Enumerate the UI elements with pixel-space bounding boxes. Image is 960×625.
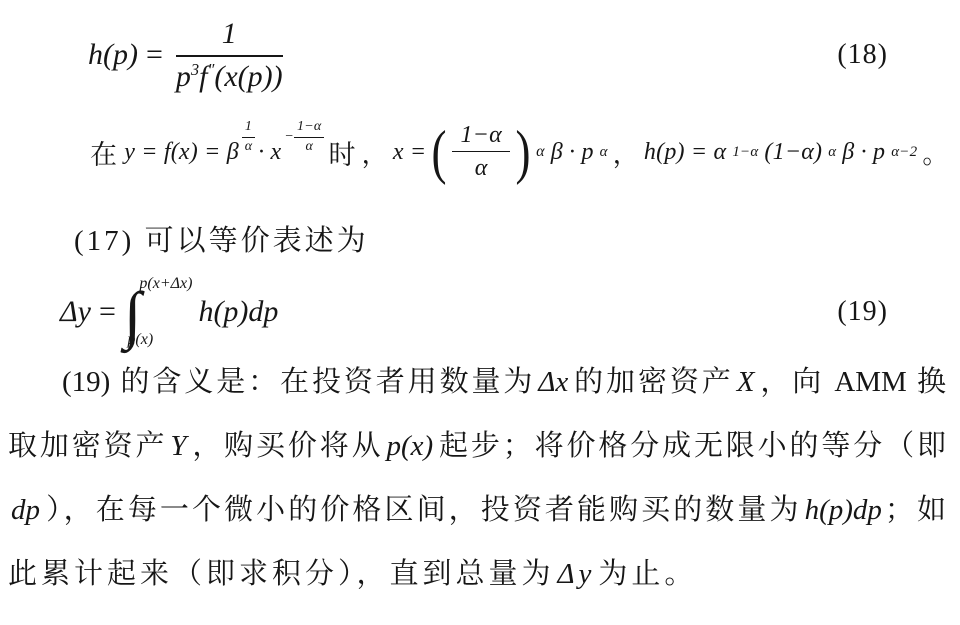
text-run: ，购买价将从 [189,430,383,462]
group-exponent: α [828,144,836,161]
den-argument: (x(p)) [214,60,282,93]
den-p: p [176,60,191,93]
text-run: 此累计起来（即求积分），直到总量为 [8,558,555,590]
text-run: ；如 [885,494,946,526]
document-page: h(p) = 1 p3f″(x(p)) (18) 在 y = f(x) = β … [0,0,960,625]
integral-upper-limit: p(x+Δx) [139,275,192,293]
equation-18: h(p) = 1 p3f″(x(p)) [88,17,288,94]
para-line-4: 此累计起来（即求积分），直到总量为Δy为止。 [8,542,946,606]
paren-exponent: α [536,143,545,161]
math-x-equals: x = [393,139,426,166]
fraction-denominator: p3f″(x(p)) [176,57,283,94]
fraction-numerator: 1−α [452,122,509,152]
math-delta-y: Δy [555,558,599,590]
para-line-3: dp），在每一个微小的价格区间，投资者能购买的数量为h(p)dp；如 [8,478,946,542]
math-h-p-dp: h(p)dp [802,494,885,526]
alpha-exponent: 1−α [732,144,758,161]
math-h-equals-alpha: h(p) = α [644,139,726,166]
integral: ∫ p(x+Δx) p(x) [124,275,199,349]
cjk-shi: 时 [328,133,355,172]
intro-line: (17) 可以等价表述为 [74,218,369,259]
beta-exponent-fraction: 1α [242,119,255,154]
fullwidth-comma: ， [613,134,639,171]
text-run: 的加密资产 [571,366,733,398]
p-exponent-2: α−2 [891,144,917,161]
text-run: 起步；将价格分成无限小的等分（即 [436,430,946,462]
eq18-fraction: 1 p3f″(x(p)) [176,17,283,94]
sup-den: α [294,138,324,155]
math-one-minus-alpha: (1−α) [764,139,822,166]
math-asset-y: Y [167,430,189,462]
text-run: (19) 的含义是：在投资者用数量为 [62,366,535,398]
cjk-zai: 在 [90,133,117,172]
equation-19: Δy = ∫ p(x+Δx) p(x) h(p)dp [60,275,278,349]
math-beta-p-2: β · p [842,139,885,166]
fraction-denominator: α [452,152,509,182]
x-exponent: − 1−αα [284,119,324,154]
math-p-of-x: p(x) [384,430,437,462]
fullwidth-comma: ， [362,134,388,171]
cond-fraction: 1−α α [452,122,509,182]
equation-number-18: (18) [837,39,888,71]
sup-den: α [242,138,255,155]
exponent-minus: − [284,129,294,145]
equation-18-row: h(p) = 1 p3f″(x(p)) (18) [88,10,888,100]
eq19-lhs: Δy [60,295,91,329]
integral-limits: p(x+Δx) p(x) [139,275,192,349]
fullwidth-period: 。 [922,134,948,171]
equals-sign: = [99,295,116,329]
text-run: 取加密资产 [8,430,167,462]
eq18-lhs: h(p) [88,38,138,72]
math-asset-x: X [734,366,758,398]
sup-num: 1−α [294,119,324,137]
text-run: ，向 AMM 换 [757,366,946,398]
p-exponent: α [600,144,608,161]
para-line-2: 取加密资产Y，购买价将从p(x)起步；将价格分成无限小的等分（即 [8,414,946,478]
den-f: f [199,60,207,93]
para-line-1: (19) 的含义是：在投资者用数量为Δx的加密资产X，向 AMM 换 [8,350,946,414]
math-lead: y = f(x) = β [124,139,239,166]
fraction-numerator: 1 [176,17,283,57]
math-delta-x: Δx [535,366,571,398]
exponent-fraction: 1−αα [294,119,324,154]
math-beta-p: β · p [551,139,594,166]
math-dp: dp [8,494,43,526]
eq19-integrand: h(p)dp [198,295,278,329]
math-dot-x: · x [258,139,281,166]
equals-sign: = [146,38,163,72]
equation-number-19: (19) [837,296,888,328]
condition-line: 在 y = f(x) = β 1α · x − 1−αα 时 ， x = ( 1… [86,104,952,200]
text-run: ），在每一个微小的价格区间，投资者能购买的数量为 [43,494,802,526]
sup-num: 1 [242,119,255,137]
text-run: 为止。 [598,558,697,590]
body-paragraph: (19) 的含义是：在投资者用数量为Δx的加密资产X，向 AMM 换 取加密资产… [8,350,946,606]
den-p-exponent: 3 [191,60,199,79]
equation-19-row: Δy = ∫ p(x+Δx) p(x) h(p)dp (19) [60,272,888,352]
